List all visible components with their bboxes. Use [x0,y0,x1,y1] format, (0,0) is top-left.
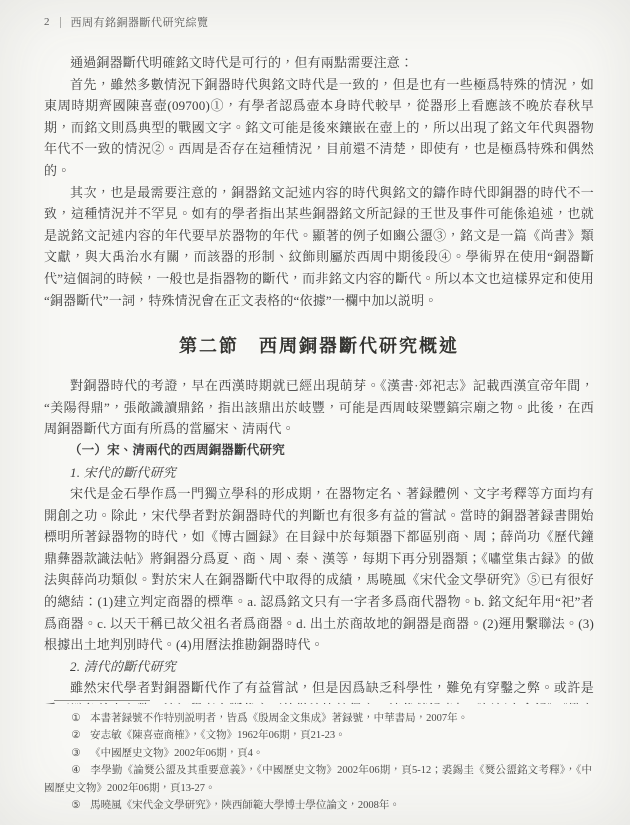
subsection-heading: （一）宋、清兩代的西周銅器斷代研究 [44,440,594,462]
footnote-4: ④李學勤《論燹公盨及其重要意義》，《中國歷史文物》2002年06期，頁5-12；… [44,762,592,797]
footnotes-section: ①本書著録號不作特别説明者，皆爲《殷周金文集成》著録號，中華書局，2007年。 … [44,700,592,814]
header-divider [60,17,61,28]
footnote-3: ③《中國歷史文物》2002年06期，頁4。 [44,745,592,762]
footnote-2: ②安志敏《陳喜壺商榷》，《文物》1962年06期，頁21-23。 [44,727,592,744]
running-title: 西周有銘銅器斷代研究綜覽 [71,14,209,30]
footnote-mark: ④ [71,765,81,776]
item-heading-qing: 2. 清代的斷代研究 [44,656,594,678]
page-body: 通過銅器斷代明確銘文時代是可行的，但有兩點需要注意： 首先，雖然多數情況下銅器時… [44,52,594,704]
footnote-text: 馬曉風《宋代金文學研究》，陝西師範大學博士學位論文，2008年。 [90,800,400,811]
footnote-text: 安志敏《陳喜壺商榷》，《文物》1962年06期，頁21-23。 [90,730,346,741]
footnote-separator [54,700,150,701]
paragraph-intro: 通過銅器斷代明確銘文時代是可行的，但有兩點需要注意： [44,52,594,74]
item-heading-song: 1. 宋代的斷代研究 [44,462,594,484]
footnote-text: 本書著録號不作特别説明者，皆爲《殷周金文集成》著録號，中華書局，2007年。 [90,713,468,724]
paragraph-overview: 對銅器時代的考證，早在西漢時期就已經出現萌芽。《漢書·郊祀志》記載西漢宣帝年間，… [44,375,594,440]
page-header: 2 西周有銘銅器斷代研究綜覽 [44,14,594,30]
footnote-mark: ③ [71,748,80,759]
footnote-text: 《中國歷史文物》2002年06期，頁4。 [90,748,263,759]
footnote-5: ⑤馬曉風《宋代金文學研究》，陝西師範大學博士學位論文，2008年。 [44,797,592,814]
book-page: 2 西周有銘銅器斷代研究綜覽 通過銅器斷代明確銘文時代是可行的，但有兩點需要注意… [0,0,630,825]
page-number: 2 [44,16,50,28]
paragraph-second-point: 其次，也是最需要注意的，銅器銘文記述内容的時代與銘文的鑄作時代即銅器的時代不一致… [44,182,594,312]
section-heading: 第二節 西周銅器斷代研究概述 [44,332,594,358]
footnote-mark: ⑤ [71,800,80,811]
footnote-mark: ① [71,713,80,724]
footnote-mark: ② [71,730,80,741]
paragraph-first-point: 首先，雖然多數情況下銅器時代與銘文時代是一致的，但是也有一些極爲特殊的情況，如東… [44,74,594,182]
footnote-text: 李學勤《論燹公盨及其重要意義》，《中國歷史文物》2002年06期，頁5-12；裘… [44,765,592,793]
footnote-1: ①本書著録號不作特别説明者，皆爲《殷周金文集成》著録號，中華書局，2007年。 [44,710,592,727]
paragraph-song-dynasty: 宋代是金石學作爲一門獨立學科的形成期，在器物定名、著録體例、文字考釋等方面均有開… [44,483,594,656]
